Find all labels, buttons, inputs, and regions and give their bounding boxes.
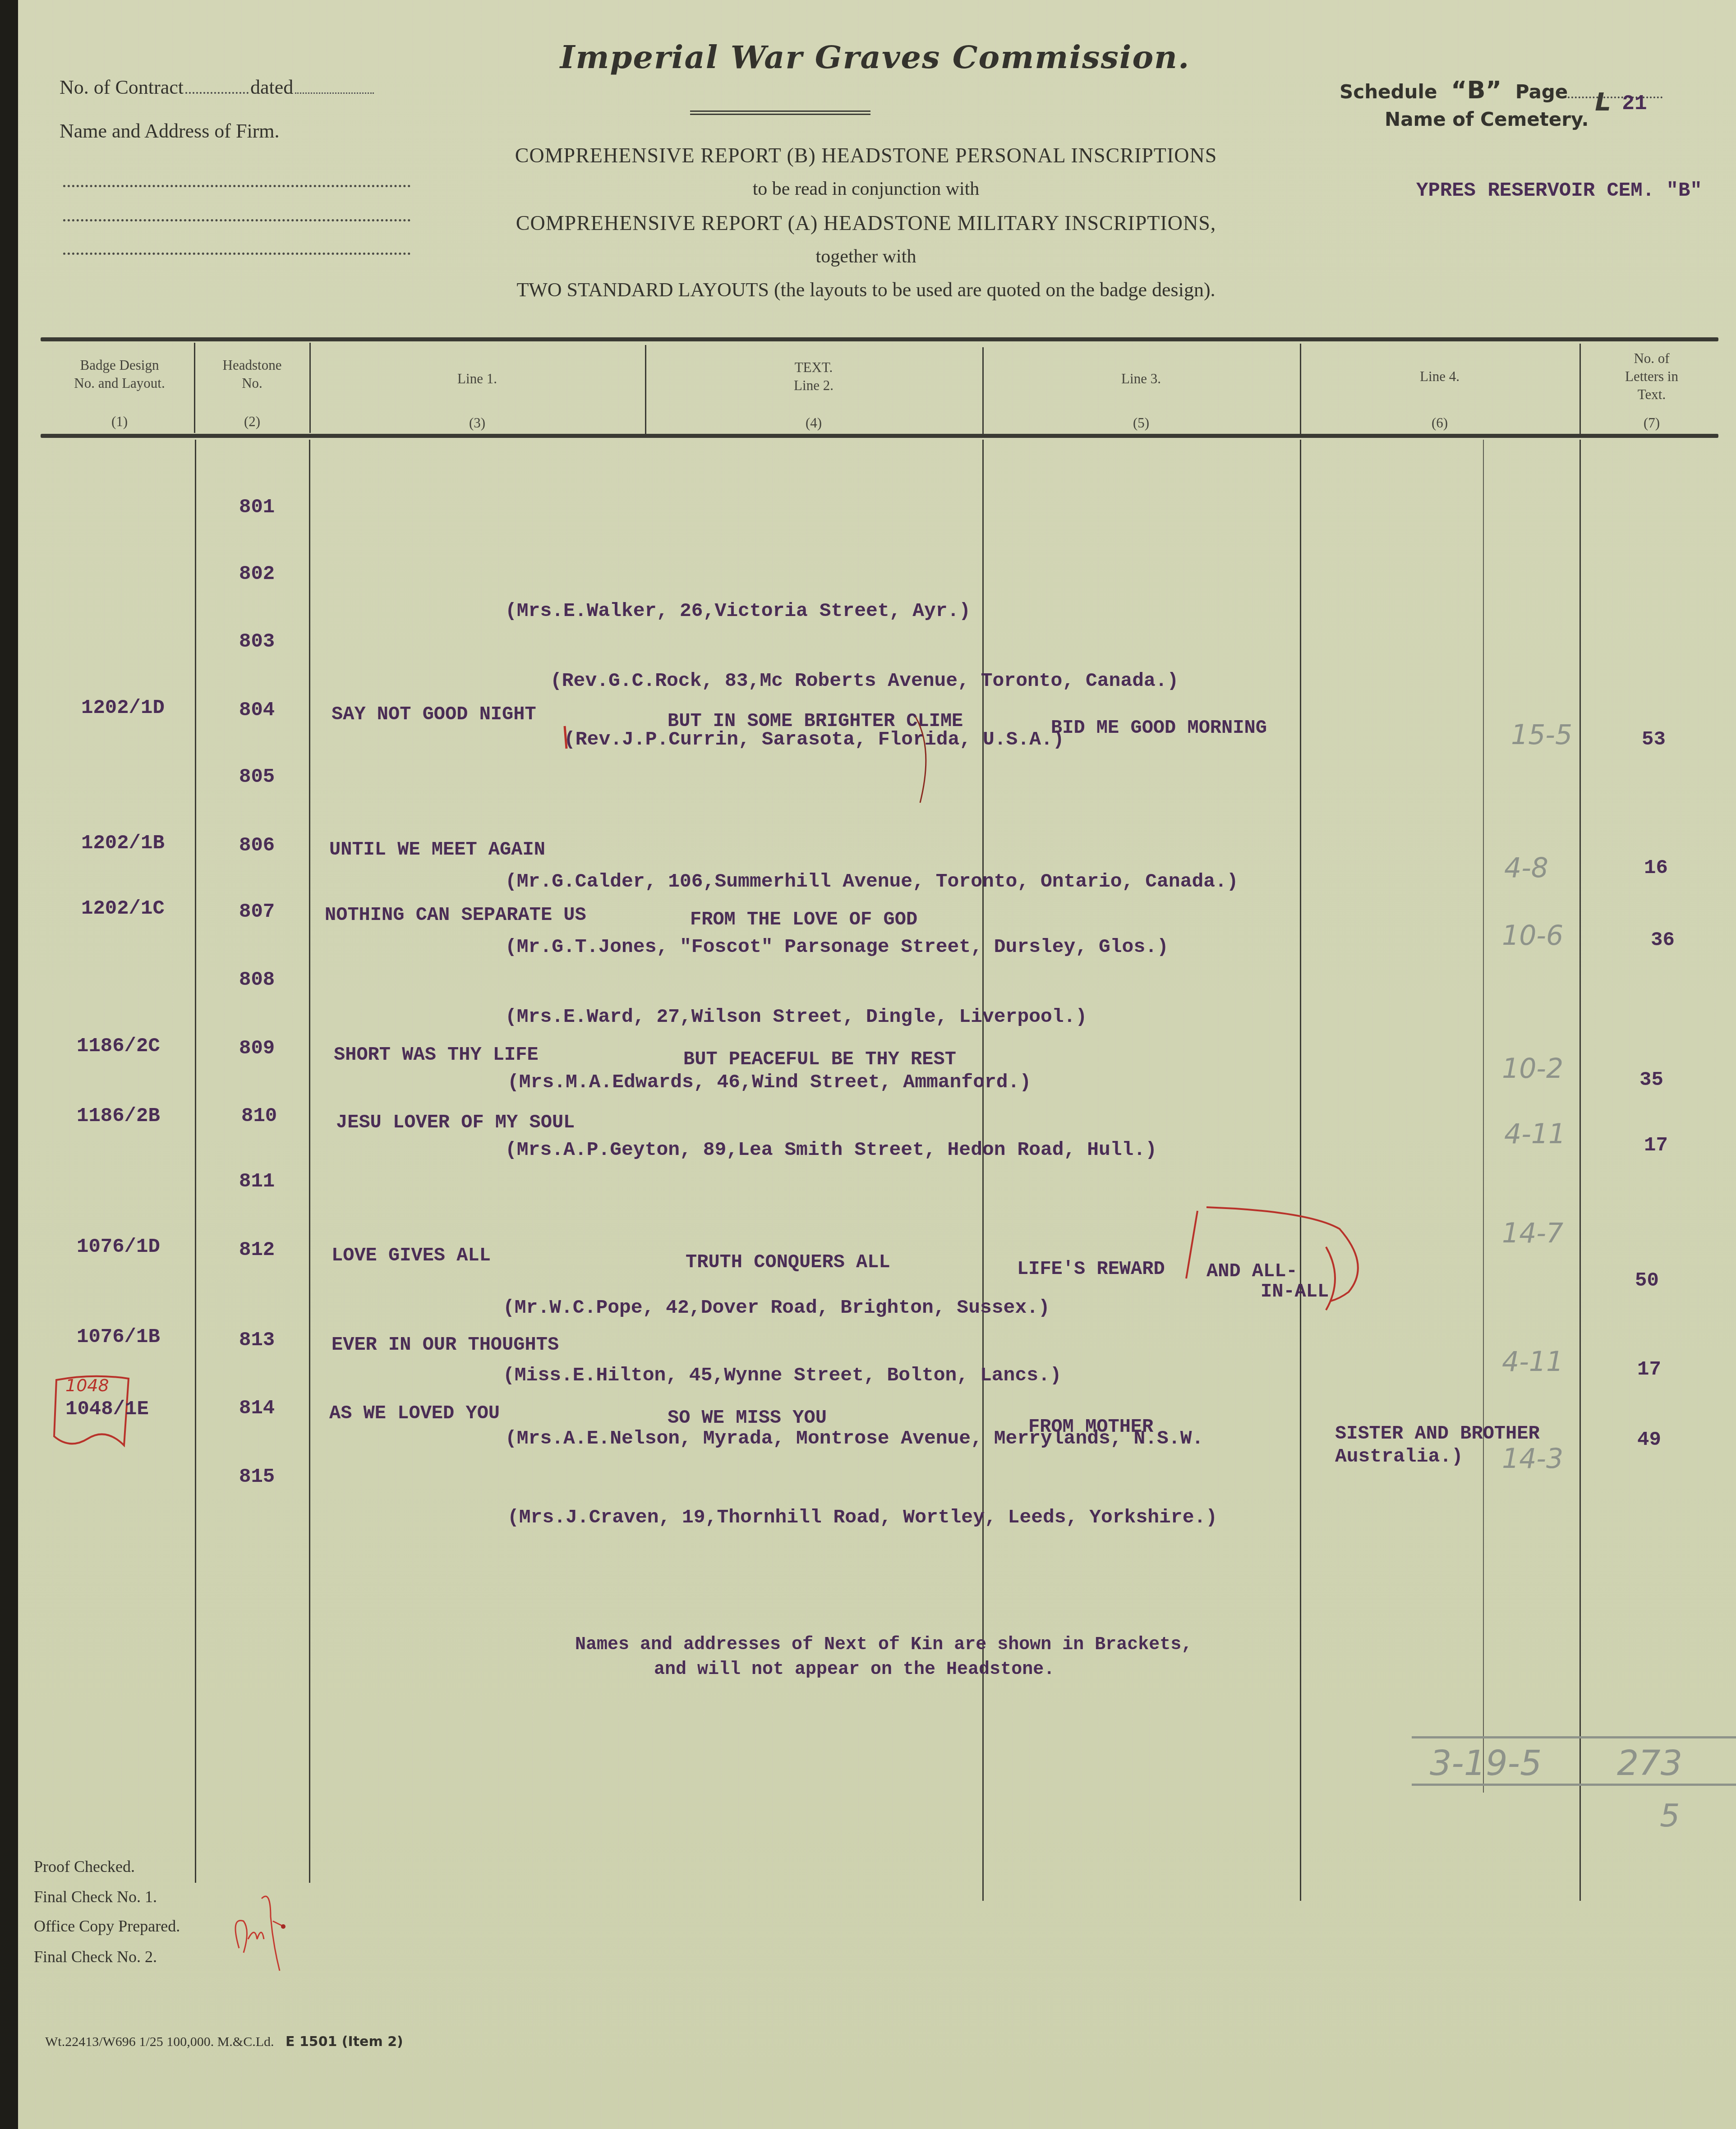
badge-806: 1202/1B: [81, 832, 165, 855]
line1-813: EVER IN OUR THOUGHTS: [332, 1334, 559, 1356]
line1-809: SHORT WAS THY LIFE: [334, 1044, 539, 1066]
letters-809: 35: [1639, 1069, 1663, 1091]
line1-810: JESU LOVER OF MY SOUL: [336, 1112, 575, 1133]
firm-label: Name and Address of Firm.: [60, 120, 280, 143]
badge-814: 1048/1E: [65, 1398, 149, 1421]
contract-field[interactable]: [185, 92, 249, 94]
col-num-2: (2): [195, 413, 309, 431]
pencil-813: 4-11: [1502, 1346, 1563, 1378]
badge-correction-box-814: 1048 1048/1E: [52, 1373, 138, 1463]
check-office-copy: Office Copy Prepared.: [34, 1917, 180, 1936]
kin-802: (Mrs.E.Walker, 26,Victoria Street, Ayr.): [505, 600, 971, 622]
pencil-col-line: [1483, 440, 1484, 1793]
pencil-807: 10-6: [1502, 920, 1563, 952]
check-proof: Proof Checked.: [34, 1857, 135, 1876]
headstone-805: 805: [239, 766, 275, 788]
kin-810: (Mrs.A.P.Geyton, 89,Lea Smith Street, He…: [505, 1139, 1157, 1161]
kin-813: (Miss.E.Hilton, 45,Wynne Street, Bolton,…: [503, 1364, 1062, 1386]
page-value: 21: [1622, 92, 1647, 115]
headstone-815: 815: [239, 1466, 275, 1488]
col-header-line3: Line 3.: [982, 370, 1300, 388]
letters-total: 273: [1617, 1743, 1682, 1783]
headstone-811: 811: [239, 1170, 275, 1193]
col-num-7: (7): [1579, 414, 1724, 432]
col-line-4: [982, 440, 984, 1901]
letters-810: 17: [1644, 1134, 1668, 1157]
pencil-total: 3-19-5: [1430, 1743, 1542, 1783]
footnote-line-1: Names and addresses of Next of Kin are s…: [575, 1635, 1192, 1655]
col-line-2: [309, 440, 310, 1883]
kin-809: (Mrs.M.A.Edwards, 46,Wind Street, Ammanf…: [507, 1071, 1031, 1093]
report-line-5: TWO STANDARD LAYOUTS (the layouts to be …: [415, 278, 1317, 301]
col-line-6: [1579, 440, 1581, 1901]
letters-806: 16: [1644, 857, 1668, 879]
col-header-line4: Line 4.: [1300, 368, 1579, 386]
kin-814-cont: Australia.): [1335, 1445, 1463, 1467]
col-header-letters: No. of Letters in Text.: [1579, 349, 1724, 404]
pencil-804: 15-5: [1511, 719, 1572, 751]
badge-812: 1076/1D: [77, 1236, 160, 1258]
line1-807: NOTHING CAN SEPARATE US: [325, 904, 586, 926]
line2-809: BUT PEACEFUL BE THY REST: [683, 1048, 956, 1070]
col-header-line2: TEXT. Line 2.: [645, 359, 982, 395]
kin-808: (Mrs.E.Ward, 27,Wilson Street, Dingle, L…: [505, 1006, 1087, 1028]
imprint-line: Wt.22413/W696 1/25 100,000. M.&C.Ld. E 1…: [45, 2034, 403, 2050]
totals-extra: 5: [1660, 1797, 1680, 1834]
dated-field[interactable]: [295, 92, 374, 94]
check-final-2: Final Check No. 2.: [34, 1947, 157, 1966]
headstone-812: 812: [239, 1239, 275, 1261]
badge-809: 1186/2C: [77, 1035, 160, 1058]
line2-807: FROM THE LOVE OF GOD: [690, 909, 917, 930]
badge-810: 1186/2B: [77, 1105, 160, 1127]
page-pencil-mark: L: [1595, 87, 1611, 117]
dated-label: dated: [250, 76, 293, 98]
kin-806: (Mr.G.Calder, 106,Summerhill Avenue, Tor…: [505, 870, 1239, 892]
firm-address-line-1[interactable]: [63, 185, 410, 187]
col-line-1: [195, 440, 196, 1883]
letters-814: 49: [1637, 1429, 1661, 1451]
pencil-814: 14-3: [1502, 1443, 1563, 1475]
line4-814: SISTER AND BROTHER: [1335, 1423, 1540, 1444]
pencil-812: 14-7: [1502, 1218, 1563, 1249]
schedule-label: Schedule: [1340, 81, 1437, 103]
line2-814: SO WE MISS YOU: [668, 1407, 827, 1429]
kin-815: (Mrs.J.Craven, 19,Thornhill Road, Wortle…: [507, 1506, 1217, 1528]
pencil-810: 4-11: [1504, 1118, 1566, 1150]
col-num-1: (1): [45, 413, 194, 431]
footnote-line-2: and will not appear on the Headstone.: [654, 1660, 1054, 1680]
report-line-4: together with: [415, 246, 1317, 267]
kin-814: (Mrs.A.E.Nelson, Myrada, Montrose Avenue…: [505, 1427, 1203, 1449]
line3-804: BID ME GOOD MORNING: [1051, 717, 1267, 739]
letters-812: 50: [1635, 1269, 1659, 1292]
headstone-801: 801: [239, 496, 275, 519]
form-number: E 1501 (Item 2): [285, 2034, 403, 2050]
red-bracket-mark-812: [1173, 1202, 1389, 1319]
badge-804: 1202/1D: [81, 697, 165, 719]
headstone-814: 814: [239, 1397, 275, 1420]
kin-807: (Mr.G.T.Jones, "Foscot" Parsonage Street…: [505, 936, 1169, 958]
col-header-badge: Badge Design No. and Layout.: [45, 356, 194, 392]
badge-807: 1202/1C: [81, 897, 165, 920]
totals-rule-top: [1412, 1736, 1736, 1738]
headstone-806: 806: [239, 834, 275, 857]
table-top-rule: [41, 337, 1718, 341]
headstone-810: 810: [241, 1105, 277, 1127]
page-label: Page: [1515, 81, 1568, 103]
headstone-803: 803: [239, 630, 275, 653]
col-header-headstone: Headstone No.: [195, 356, 309, 392]
line3-812: LIFE'S REWARD: [1017, 1258, 1165, 1280]
report-line-2: to be read in conjunction with: [415, 178, 1317, 200]
schedule-value: “B”: [1451, 76, 1501, 104]
cemetery-value: YPRES RESERVOIR CEM. "B": [1416, 179, 1702, 202]
line1-806: UNTIL WE MEET AGAIN: [329, 839, 545, 860]
badge-813: 1076/1B: [77, 1326, 160, 1348]
line1-804: SAY NOT GOOD NIGHT: [332, 704, 536, 725]
red-bracket-mark-804: [559, 713, 1010, 830]
line1-812: LOVE GIVES ALL: [332, 1245, 491, 1266]
check-final-1: Final Check No. 1.: [34, 1887, 157, 1906]
firm-address-line-2[interactable]: [63, 219, 410, 221]
headstone-808: 808: [239, 969, 275, 991]
letters-807: 36: [1651, 929, 1675, 952]
inscription-report-page: No. of Contractdated Name and Address of…: [18, 0, 1736, 2129]
page-field[interactable]: L21: [1568, 97, 1662, 98]
badge-correction-814: 1048: [65, 1375, 109, 1395]
letters-813: 17: [1637, 1358, 1661, 1381]
col-num-6: (6): [1300, 414, 1579, 432]
table-header-rule: [41, 434, 1718, 438]
col-num-5: (5): [982, 414, 1300, 432]
red-initials-signature: [230, 1890, 293, 1975]
pencil-809: 10-2: [1502, 1053, 1563, 1085]
headstone-807: 807: [239, 901, 275, 923]
totals-rule-bottom: [1412, 1784, 1736, 1786]
contract-line: No. of Contractdated: [60, 76, 374, 99]
headstone-809: 809: [239, 1037, 275, 1060]
contract-label: No. of Contract: [60, 76, 184, 98]
headstone-813: 813: [239, 1329, 275, 1352]
col-line-5: [1300, 440, 1301, 1901]
schedule-line: Schedule “B” PageL21: [1340, 76, 1662, 104]
imprint-text: Wt.22413/W696 1/25 100,000. M.&C.Ld.: [45, 2034, 274, 2049]
headstone-802: 802: [239, 563, 275, 585]
kin-803: (Rev.G.C.Rock, 83,Mc Roberts Avenue, Tor…: [550, 670, 1179, 692]
cemetery-label: Name of Cemetery.: [1385, 108, 1589, 130]
line1-814: AS WE LOVED YOU: [329, 1402, 500, 1424]
commission-title: Imperial War Graves Commission.: [514, 38, 1236, 76]
col-header-line1: Line 1.: [309, 370, 645, 388]
firm-address-line-3[interactable]: [63, 253, 410, 255]
kin-812: (Mr.W.C.Pope, 42,Dover Road, Brighton, S…: [503, 1297, 1050, 1319]
report-line-3: COMPREHENSIVE REPORT (A) HEADSTONE MILIT…: [415, 211, 1317, 235]
col-num-3: (3): [309, 414, 645, 432]
line2-812: TRUTH CONQUERS ALL: [686, 1251, 890, 1273]
headstone-804: 804: [239, 699, 275, 722]
report-line-1: COMPREHENSIVE REPORT (B) HEADSTONE PERSO…: [415, 143, 1317, 167]
pencil-806: 4-8: [1504, 852, 1548, 884]
letters-804: 53: [1642, 728, 1666, 751]
title-rule: [690, 110, 870, 115]
col-num-4: (4): [645, 414, 982, 432]
